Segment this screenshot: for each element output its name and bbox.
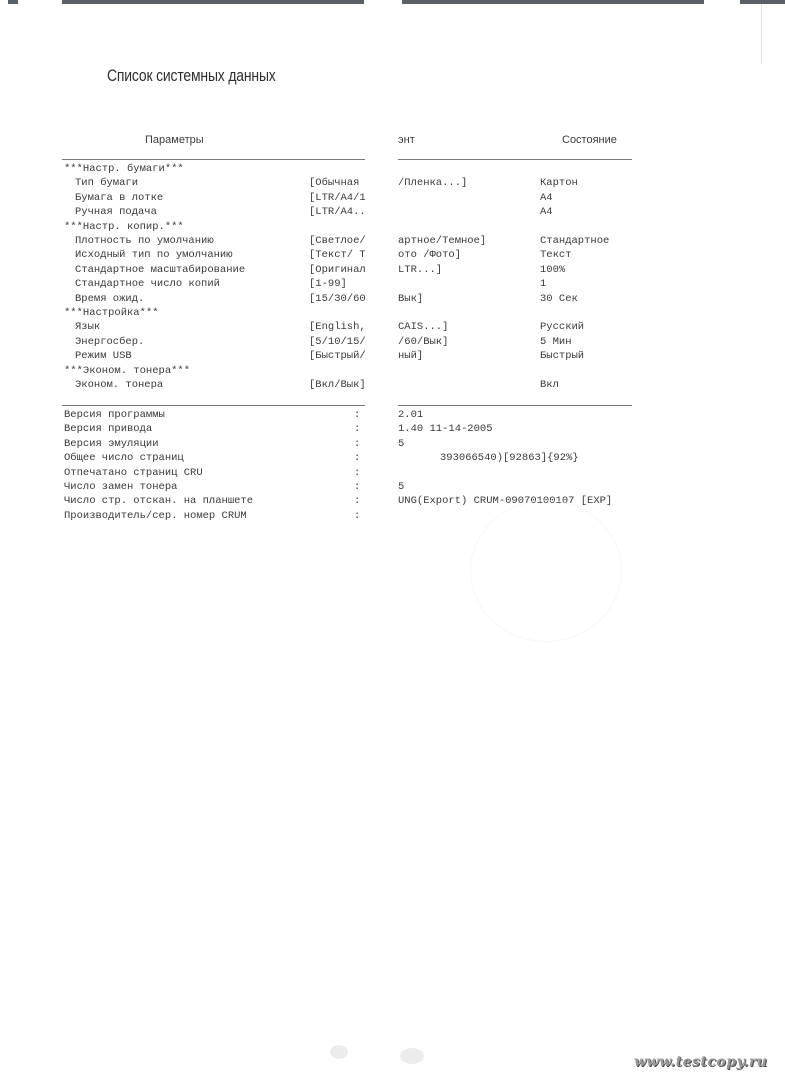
setting-name: Плотность по умолчанию bbox=[75, 234, 214, 248]
setting-range: [Быстрый/ bbox=[309, 349, 366, 363]
setting-range-continued: /Пленка...] bbox=[398, 176, 467, 190]
section-title: ***Настр. копир.*** bbox=[64, 220, 184, 234]
setting-range-continued: артное/Темное] bbox=[398, 234, 486, 248]
setting-range-continued: ото /Фото] bbox=[398, 248, 461, 262]
section-divider bbox=[398, 405, 632, 406]
info-label: Отпечатано страниц CRU bbox=[64, 466, 203, 480]
setting-range-continued: LTR...] bbox=[398, 263, 442, 277]
setting-state: Вкл bbox=[540, 378, 559, 392]
setting-state: Стандартное bbox=[540, 234, 609, 248]
setting-range: [Оригинал bbox=[309, 263, 366, 277]
column-header-params: Параметры bbox=[145, 134, 204, 146]
info-value: UNG(Export) CRUM-09070100107 [EXP] bbox=[398, 494, 612, 508]
info-value: 2.01 bbox=[398, 408, 423, 422]
scan-edge-mark bbox=[740, 0, 785, 4]
scan-edge-mark bbox=[402, 0, 704, 4]
setting-range: [Обычная ( bbox=[309, 176, 372, 190]
info-label: Версия программы bbox=[64, 408, 165, 422]
setting-range: [Текст/ Т bbox=[309, 248, 366, 262]
info-label: Число стр. отскан. на планшете bbox=[64, 494, 253, 508]
info-separator: : bbox=[354, 494, 360, 508]
scan-smudge bbox=[330, 1045, 348, 1059]
setting-state: Текст bbox=[540, 248, 572, 262]
setting-state: 5 Мин bbox=[540, 335, 572, 349]
document-title: Список системных данных bbox=[107, 66, 276, 86]
info-separator: : bbox=[354, 437, 360, 451]
info-value: 393066540)[92863]{92%} bbox=[440, 451, 579, 465]
setting-state: Картон bbox=[540, 176, 578, 190]
info-label: Версия привода bbox=[64, 422, 152, 436]
setting-state: 1 bbox=[540, 277, 546, 291]
column-header-selection: энт bbox=[398, 134, 415, 146]
setting-state: Быстрый bbox=[540, 349, 584, 363]
info-separator: : bbox=[354, 480, 360, 494]
header-divider bbox=[62, 159, 365, 160]
scan-edge-mark bbox=[62, 0, 364, 4]
setting-name: Эконом. тонера bbox=[75, 378, 163, 392]
info-label: Число замен тонера bbox=[64, 480, 177, 494]
section-title: ***Эконом. тонера*** bbox=[64, 364, 190, 378]
setting-range: [1-99] bbox=[309, 277, 347, 291]
header-divider bbox=[398, 159, 632, 160]
setting-range: [Светлое/ bbox=[309, 234, 366, 248]
setting-range-continued: ный] bbox=[398, 349, 423, 363]
setting-range: [LTR/A4/1 bbox=[309, 191, 366, 205]
section-title: ***Настройка*** bbox=[64, 306, 159, 320]
scan-smudge bbox=[400, 1048, 424, 1064]
setting-range: [LTR/A4.. bbox=[309, 205, 366, 219]
setting-name: Тип бумаги bbox=[75, 176, 138, 190]
info-label: Общее число страниц bbox=[64, 451, 184, 465]
info-separator: : bbox=[354, 408, 360, 422]
setting-state: 30 Сек bbox=[540, 292, 578, 306]
info-separator: : bbox=[354, 422, 360, 436]
setting-range-continued: /60/Вык] bbox=[398, 335, 448, 349]
info-separator: : bbox=[354, 509, 360, 523]
setting-name: Энергосбер. bbox=[75, 335, 144, 349]
setting-name: Язык bbox=[75, 320, 100, 334]
setting-state: A4 bbox=[540, 205, 553, 219]
section-divider bbox=[62, 405, 365, 406]
setting-name: Исходный тип по умолчанию bbox=[75, 248, 233, 262]
faint-stamp-ghost bbox=[470, 500, 622, 642]
setting-name: Режим USB bbox=[75, 349, 132, 363]
setting-state: Русский bbox=[540, 320, 584, 334]
setting-name: Стандартное масштабирование bbox=[75, 263, 245, 277]
setting-name: Бумага в лотке bbox=[75, 191, 163, 205]
scan-edge-mark bbox=[8, 0, 18, 4]
info-label: Производитель/сер. номер CRUM bbox=[64, 509, 247, 523]
scan-edge-line bbox=[761, 4, 762, 64]
section-title: ***Настр. бумаги*** bbox=[64, 162, 184, 176]
setting-range-continued: CAIS...] bbox=[398, 320, 448, 334]
info-label: Версия эмуляции bbox=[64, 437, 159, 451]
setting-name: Ручная подача bbox=[75, 205, 157, 219]
setting-name: Время ожид. bbox=[75, 292, 144, 306]
info-value: 5 bbox=[398, 480, 404, 494]
info-separator: : bbox=[354, 466, 360, 480]
setting-state: 100% bbox=[540, 263, 565, 277]
info-value: 5 bbox=[398, 437, 404, 451]
setting-range: [5/10/15/ bbox=[309, 335, 366, 349]
setting-range: [15/30/60 bbox=[309, 292, 366, 306]
setting-range: [Вкл/Вык] bbox=[309, 378, 366, 392]
setting-state: A4 bbox=[540, 191, 553, 205]
info-value: 1.40 11-14-2005 bbox=[398, 422, 493, 436]
scan-gap bbox=[365, 120, 398, 540]
setting-range: [English, bbox=[309, 320, 366, 334]
setting-name: Стандартное число копий bbox=[75, 277, 220, 291]
column-header-state: Состояние bbox=[562, 134, 617, 146]
info-separator: : bbox=[354, 451, 360, 465]
watermark: www.testcopy.ru bbox=[634, 1054, 767, 1070]
setting-range-continued: Вык] bbox=[398, 292, 423, 306]
